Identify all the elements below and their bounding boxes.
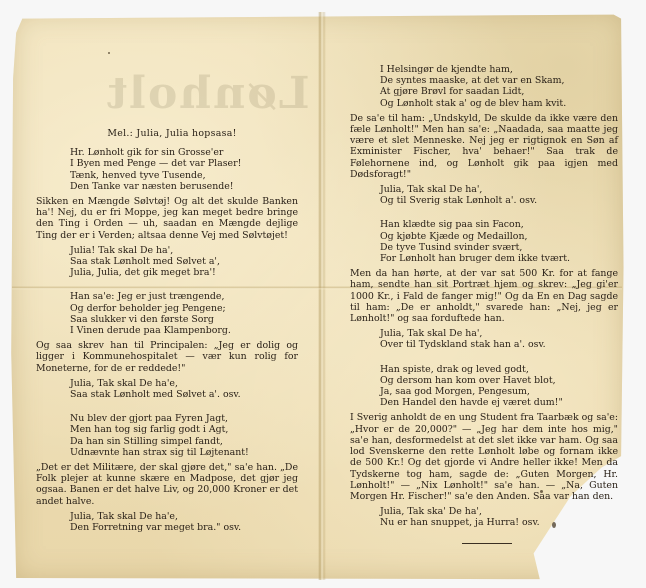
verse-line: For Lønholt han bruger dem ikke tvært. xyxy=(380,253,618,264)
verse-2: Han sa'e: Jeg er just trængende, Og derf… xyxy=(36,291,298,336)
verse-line: Tænk, henved tyve Tusende, xyxy=(70,170,298,181)
verse-line: Hr. Lønholt gik for sin Grosse'er xyxy=(70,147,298,158)
refrain-line: Og til Sverig stak Lønholt a'. osv. xyxy=(380,195,618,206)
right-column: I Helsingør de kjendte ham, De syntes ma… xyxy=(350,64,618,544)
verse-line: Den Handel den havde ej været dum!" xyxy=(380,397,618,408)
verse-line: I Helsingør de kjendte ham, xyxy=(380,64,618,75)
verse-line: I Byen med Penge — det var Plaser! xyxy=(70,158,298,169)
refrain-3: Julia, Tak skal De ha'e, Den Forretning … xyxy=(36,511,298,533)
verse-4: I Helsingør de kjendte ham, De syntes ma… xyxy=(350,64,618,109)
verse-6: Han spiste, drak og leved godt, Og derso… xyxy=(350,364,618,409)
vertical-fold-crease xyxy=(318,12,326,580)
verse-line: Nu blev der gjort paa Fyren Jagt, xyxy=(70,413,298,424)
verse-line: De tyve Tusind svinder svært, xyxy=(380,242,618,253)
prose-paragraph-5: Men da han hørte, at der var sat 500 Kr.… xyxy=(350,268,618,324)
verse-line: Men han tog sig farlig godt i Agt, xyxy=(70,424,298,435)
refrain-6: Julia, Tak ska' De ha', Nu er han snuppe… xyxy=(350,506,618,528)
refrain-line: Julia, Tak skal De ha'e, xyxy=(70,511,298,522)
refrain-line: Saa stak Lønholt med Sølvet a'. osv. xyxy=(70,389,298,400)
verse-line: Og derfor beholder jeg Pengene; xyxy=(70,303,298,314)
verse-1: Hr. Lønholt gik for sin Grosse'er I Byen… xyxy=(36,147,298,192)
refrain-line: Den Forretning var meget bra." osv. xyxy=(70,522,298,533)
end-rule-divider xyxy=(462,543,512,544)
refrain-2: Julia, Tak skal De ha'e, Saa stak Lønhol… xyxy=(36,378,298,400)
verse-line: At gjøre Brøvl for saadan Lidt, xyxy=(380,86,618,97)
prose-paragraph-3: „Det er det Militære, der skal gjøre det… xyxy=(36,462,298,507)
ink-stain xyxy=(108,52,110,54)
refrain-5: Julia, Tak skal De ha', Over til Tydskla… xyxy=(350,328,618,350)
verse-line: Den Tanke var næsten berusende! xyxy=(70,181,298,192)
verse-line: Og Lønholt stak a' og de blev ham kvit. xyxy=(380,98,618,109)
refrain-line: Julia, Julia, det gik meget bra'! xyxy=(70,267,298,278)
verse-line: Han spiste, drak og leved godt, xyxy=(380,364,618,375)
verse-line: De syntes maaske, at det var en Skam, xyxy=(380,75,618,86)
refrain-line: Saa stak Lønholt med Sølvet a', xyxy=(70,256,298,267)
faded-show-through-title: Lønholt xyxy=(105,68,310,119)
verse-line: Og dersom han kom over Havet blot, xyxy=(380,375,618,386)
refrain-line: Julia, Tak skal De ha', xyxy=(380,184,618,195)
refrain-line: Julia, Tak ska' De ha', xyxy=(380,506,618,517)
refrain-line: Julia, Tak skal De ha'e, xyxy=(70,378,298,389)
verse-line: Og kjøbte Kjæde og Medaillon, xyxy=(380,231,618,242)
verse-line: Da han sin Stilling simpel fandt, xyxy=(70,436,298,447)
refrain-4: Julia, Tak skal De ha', Og til Sverig st… xyxy=(350,184,618,206)
melody-heading: Mel.: Julia, Julia hopsasa! xyxy=(36,128,298,139)
refrain-line: Over til Tydskland stak han a'. osv. xyxy=(380,339,618,350)
prose-paragraph-1: Sikken en Mængde Sølvtøj! Og alt det sku… xyxy=(36,196,298,241)
verse-line: Saa slukker vi den første Sorg xyxy=(70,314,298,325)
verse-line: I Vinen derude paa Klampenborg. xyxy=(70,325,298,336)
refrain-line: Nu er han snuppet, ja Hurra! osv. xyxy=(380,517,618,528)
verse-line: Han sa'e: Jeg er just trængende, xyxy=(70,291,298,302)
prose-paragraph-4: De sa'e til ham: „Undskyld, De skulde da… xyxy=(350,113,618,180)
prose-paragraph-2: Og saa skrev han til Principalen: „Jeg e… xyxy=(36,340,298,374)
verse-line: Han klædte sig paa sin Facon, xyxy=(380,219,618,230)
verse-line: Udnævnte han strax sig til Løjtenant! xyxy=(70,447,298,458)
refrain-1: Julia! Tak skal De ha', Saa stak Lønholt… xyxy=(36,245,298,279)
verse-line: Ja, saa god Morgen, Pengesum, xyxy=(380,386,618,397)
verse-5: Han klædte sig paa sin Facon, Og kjøbte … xyxy=(350,219,618,264)
refrain-line: Julia, Tak skal De ha', xyxy=(380,328,618,339)
prose-paragraph-6: I Sverig anholdt de en ung Student fra T… xyxy=(350,412,618,502)
refrain-line: Julia! Tak skal De ha', xyxy=(70,245,298,256)
left-column: Mel.: Julia, Julia hopsasa! Hr. Lønholt … xyxy=(36,128,298,537)
verse-3: Nu blev der gjort paa Fyren Jagt, Men ha… xyxy=(36,413,298,458)
